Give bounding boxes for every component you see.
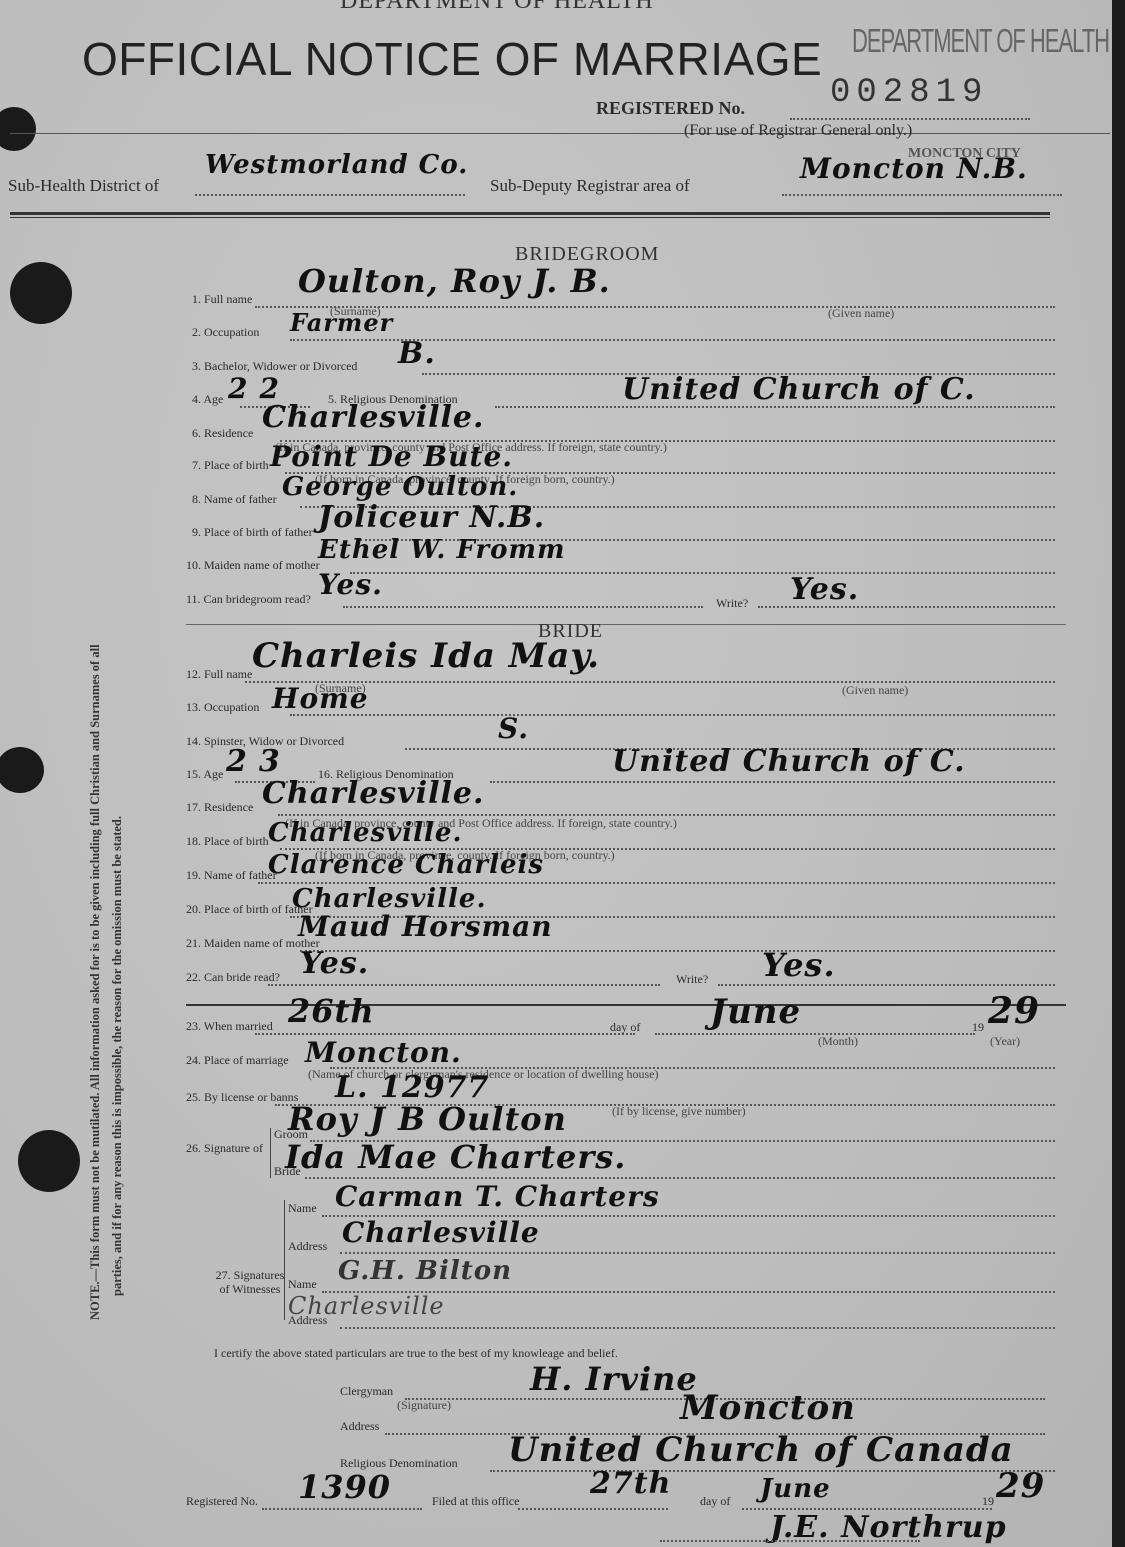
- punch-hole: [0, 107, 36, 151]
- place-of-marriage-label: 24. Place of marriage: [186, 1053, 289, 1068]
- place-of-marriage-value[interactable]: Moncton.: [305, 1036, 462, 1069]
- clergyman-address-value[interactable]: Moncton: [680, 1388, 856, 1428]
- when-married-label: 23. When married: [186, 1019, 273, 1034]
- sub-health-district-label: Sub-Health District of: [8, 176, 159, 196]
- bride-religion-value[interactable]: United Church of C.: [612, 744, 966, 779]
- groom-can-read-value[interactable]: Yes.: [318, 568, 383, 601]
- groom-signature[interactable]: Roy J B Oulton: [288, 1100, 567, 1138]
- bride-full-name-label: 12. Full name: [186, 667, 252, 682]
- form-title: OFFICIAL NOTICE OF MARRIAGE: [82, 32, 822, 86]
- groom-birthplace-label: 7. Place of birth: [192, 458, 269, 473]
- bride-mother-maiden-name-value[interactable]: Maud Horsman: [298, 910, 553, 943]
- witness-2-address[interactable]: Charlesville: [288, 1292, 445, 1320]
- bride-age-value[interactable]: 23: [226, 744, 292, 779]
- margin-note: NOTE.—This form must not be mutilated. A…: [84, 460, 128, 1320]
- groom-birthplace-value[interactable]: Point De Bute.: [270, 440, 513, 473]
- groom-marital-status-value[interactable]: B.: [398, 336, 436, 371]
- bride-father-name-label: 19. Name of father: [186, 868, 277, 883]
- married-year-value[interactable]: 29: [988, 990, 1040, 1032]
- registrar-note: (For use of Registrar General only.): [684, 122, 912, 140]
- registered-number: 002819: [830, 74, 988, 112]
- bride-occupation-value[interactable]: Home: [272, 682, 369, 715]
- bride-residence-label: 17. Residence: [186, 800, 253, 815]
- groom-occupation-value[interactable]: Farmer: [290, 308, 393, 337]
- groom-residence-label: 6. Residence: [192, 426, 253, 441]
- married-month-value[interactable]: June: [710, 992, 801, 1032]
- certification-statement: I certify the above stated particulars a…: [214, 1346, 618, 1361]
- bride-occupation-label: 13. Occupation: [186, 700, 259, 715]
- registered-no-label: REGISTERED No.: [596, 98, 745, 119]
- signature-of-label: 26. Signature of: [186, 1141, 263, 1156]
- witness-1-name[interactable]: Carman T. Charters: [335, 1180, 660, 1213]
- bride-birthplace-label: 18. Place of birth: [186, 834, 269, 849]
- sub-health-district-value: Westmorland Co.: [205, 150, 468, 180]
- married-day-value[interactable]: 26th: [288, 992, 375, 1030]
- registered-no-footer-label: Registered No.: [186, 1494, 258, 1509]
- groom-full-name-label: 1. Full name: [192, 292, 252, 307]
- scan-edge: [1112, 0, 1125, 1547]
- bride-birthplace-value[interactable]: Charlesville.: [268, 818, 463, 848]
- filed-month-value[interactable]: June: [760, 1474, 831, 1504]
- groom-father-name-label: 8. Name of father: [192, 492, 277, 507]
- witness-2-name[interactable]: G.H. Bilton: [338, 1256, 512, 1286]
- registered-no-footer-value[interactable]: 1390: [298, 1468, 391, 1506]
- punch-hole: [10, 262, 72, 324]
- groom-can-write-value[interactable]: Yes.: [790, 572, 859, 607]
- groom-religion-value[interactable]: United Church of C.: [622, 372, 976, 407]
- groom-father-name-value[interactable]: George Oulton.: [282, 472, 518, 502]
- groom-mother-maiden-name-label: 10. Maiden name of mother: [186, 558, 320, 573]
- clergyman-denomination-value[interactable]: United Church of Canada: [508, 1430, 1014, 1470]
- clergyman-address-label: Address: [340, 1419, 379, 1434]
- bride-full-name-value[interactable]: Charleis Ida May.: [252, 636, 600, 676]
- clergyman-signature[interactable]: H. Irvine: [530, 1360, 698, 1398]
- witnesses-label: 27. Signatures of Witnesses: [210, 1268, 290, 1296]
- bride-residence-value[interactable]: Charlesville.: [262, 776, 484, 811]
- sub-deputy-registrar-label: Sub-Deputy Registrar area of: [490, 176, 690, 196]
- groom-mother-maiden-name-value[interactable]: Ethel W. Fromm: [318, 535, 566, 565]
- sub-deputy-registrar-value: Moncton N.B.: [800, 152, 1028, 185]
- license-label: 25. By license or banns: [186, 1090, 298, 1105]
- bride-can-write-value[interactable]: Yes.: [762, 946, 836, 984]
- bride-can-read-label: 22. Can bride read?: [186, 970, 280, 985]
- groom-father-birthplace-label: 9. Place of birth of father: [192, 525, 313, 540]
- groom-residence-value[interactable]: Charlesville.: [262, 400, 484, 435]
- groom-age-label: 4. Age: [192, 392, 223, 407]
- groom-occupation-label: 2. Occupation: [192, 325, 259, 340]
- groom-father-birthplace-value[interactable]: Joliceur N.B.: [318, 500, 545, 535]
- department-stamp: DEPARTMENT OF HEALTH: [852, 22, 1109, 61]
- witness-1-address[interactable]: Charlesville: [342, 1216, 540, 1249]
- clergyman-label: Clergyman: [340, 1384, 393, 1399]
- groom-full-name-value[interactable]: Oulton, Roy J. B.: [298, 262, 611, 300]
- bride-marital-status-value[interactable]: S.: [498, 712, 529, 745]
- filed-day-value[interactable]: 27th: [590, 1466, 671, 1501]
- punch-hole: [18, 1130, 80, 1192]
- bride-can-read-value[interactable]: Yes.: [300, 946, 369, 981]
- department-heading: DEPARTMENT OF HEALTH: [340, 0, 654, 15]
- groom-can-read-label: 11. Can bridegroom read?: [186, 592, 311, 607]
- punch-hole: [0, 747, 44, 793]
- marriage-notice-form: DEPARTMENT OF HEALTH OFFICIAL NOTICE OF …: [0, 0, 1112, 1547]
- filed-year-value[interactable]: 29: [996, 1466, 1045, 1506]
- bride-father-name-value[interactable]: Clarence Charleis: [268, 850, 544, 880]
- bride-signature[interactable]: Ida Mae Charters.: [285, 1138, 626, 1176]
- bride-age-label: 15. Age: [186, 767, 223, 782]
